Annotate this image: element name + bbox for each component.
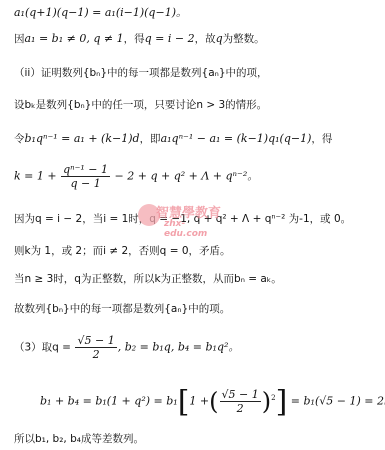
equation-text: a₁(q+1)(q−1) = a₁(i−1)(q−1)。 <box>14 6 187 19</box>
numerator: √5 − 1 <box>220 388 261 402</box>
bracket: ] <box>276 385 288 420</box>
math: a₁ = b₁ ≠ 0, q ≠ 1 <box>25 32 124 45</box>
statement-line-5: 令b₁qⁿ⁻¹ = a₁ + (k−1)d，即a₁qⁿ⁻¹ − a₁ = (k−… <box>14 132 332 146</box>
math: q <box>216 32 223 45</box>
text: 令 <box>14 133 25 145</box>
text: 为整数。 <box>223 33 265 45</box>
text: ，得 <box>124 33 145 45</box>
equation-k: k = 1 + qⁿ⁻¹ − 1 q − 1 − 2 + q + q² + Λ … <box>14 163 258 190</box>
denominator: 2 <box>220 402 261 415</box>
text: ，故 <box>195 33 216 45</box>
statement-line-7: 因为q = i − 2，当i = 1时，q = −1, q + q² + Λ +… <box>14 212 351 226</box>
text: 因 <box>14 33 25 45</box>
math: , b₂ = b₁q, b₄ = b₁q²。 <box>118 341 240 354</box>
statement-line-8: 则k为 1，或 2；而i ≠ 2，否则q = 0，矛盾。 <box>14 244 231 258</box>
denominator: 2 <box>75 348 116 361</box>
text: （3）取q = <box>14 342 71 354</box>
equation-b1-b4: b₁ + b₄ = b₁(1 + q²) = b₁[1 +(√5 − 12)2]… <box>40 388 385 415</box>
fraction: √5 − 12 <box>220 388 261 415</box>
statement-line-2: 因a₁ = b₁ ≠ 0, q ≠ 1，得q = i − 2，故q为整数。 <box>14 32 265 46</box>
numerator: qⁿ⁻¹ − 1 <box>61 163 110 177</box>
text: 故数列{bₙ}中的每一项都是数列{aₙ}中的项。 <box>14 303 230 315</box>
denominator: q − 1 <box>61 177 110 190</box>
text: （ii）证明数列{bₙ}中的每一项都是数列{aₙ}中的项， <box>14 67 268 79</box>
math: a₁qⁿ⁻¹ − a₁ = (k−1)q₁(q−1) <box>161 132 312 145</box>
math: q = i − 2 <box>145 32 195 45</box>
numerator: √5 − 1 <box>75 334 116 348</box>
math: b₁ + b₄ = b₁(1 + q²) = b₁ <box>40 395 178 408</box>
statement-line-9: 当n ≥ 3时，q为正整数，所以k为正整数，从而bₙ = aₖ。 <box>14 272 282 286</box>
text: 设bₖ是数列{bₙ}中的任一项，只要讨论n > 3的情形。 <box>14 99 267 111</box>
statement-line-4: 设bₖ是数列{bₙ}中的任一项，只要讨论n > 3的情形。 <box>14 98 267 112</box>
statement-line-10: 故数列{bₙ}中的每一项都是数列{aₙ}中的项。 <box>14 302 230 316</box>
conclusion-line: 所以b₁, b₂, b₄成等差数列。 <box>14 432 144 446</box>
text: 所以b₁, b₂, b₄成等差数列。 <box>14 433 144 445</box>
text: 因为q = i − 2，当i = 1时，q = −1, q + q² + Λ +… <box>14 213 351 225</box>
bracket: [ <box>178 385 190 420</box>
fraction: qⁿ⁻¹ − 1 q − 1 <box>61 163 110 190</box>
paren: ( <box>209 388 218 416</box>
math: − 2 + q + q² + Λ + qⁿ⁻²。 <box>115 170 259 183</box>
text: 当n ≥ 3时，q为正整数，所以k为正整数，从而bₙ = aₖ。 <box>14 273 282 285</box>
math: = b₁(√5 − 1) = 2b₂。 <box>291 395 385 408</box>
section-ii-heading: （ii）证明数列{bₙ}中的每一项都是数列{aₙ}中的项， <box>14 66 268 80</box>
text: ，得 <box>311 133 332 145</box>
math: k = 1 + <box>14 170 57 183</box>
text: 则k为 1，或 2；而i ≠ 2，否则q = 0，矛盾。 <box>14 245 231 257</box>
text: ，即 <box>140 133 161 145</box>
part-3-line: （3）取q = √5 − 1 2 , b₂ = b₁q, b₄ = b₁q²。 <box>14 334 239 361</box>
equation-line-1: a₁(q+1)(q−1) = a₁(i−1)(q−1)。 <box>14 6 187 20</box>
paren: ) <box>262 388 271 416</box>
math: 1 + <box>189 395 209 408</box>
math: b₁qⁿ⁻¹ = a₁ + (k−1)d <box>25 132 140 145</box>
fraction: √5 − 1 2 <box>75 334 116 361</box>
